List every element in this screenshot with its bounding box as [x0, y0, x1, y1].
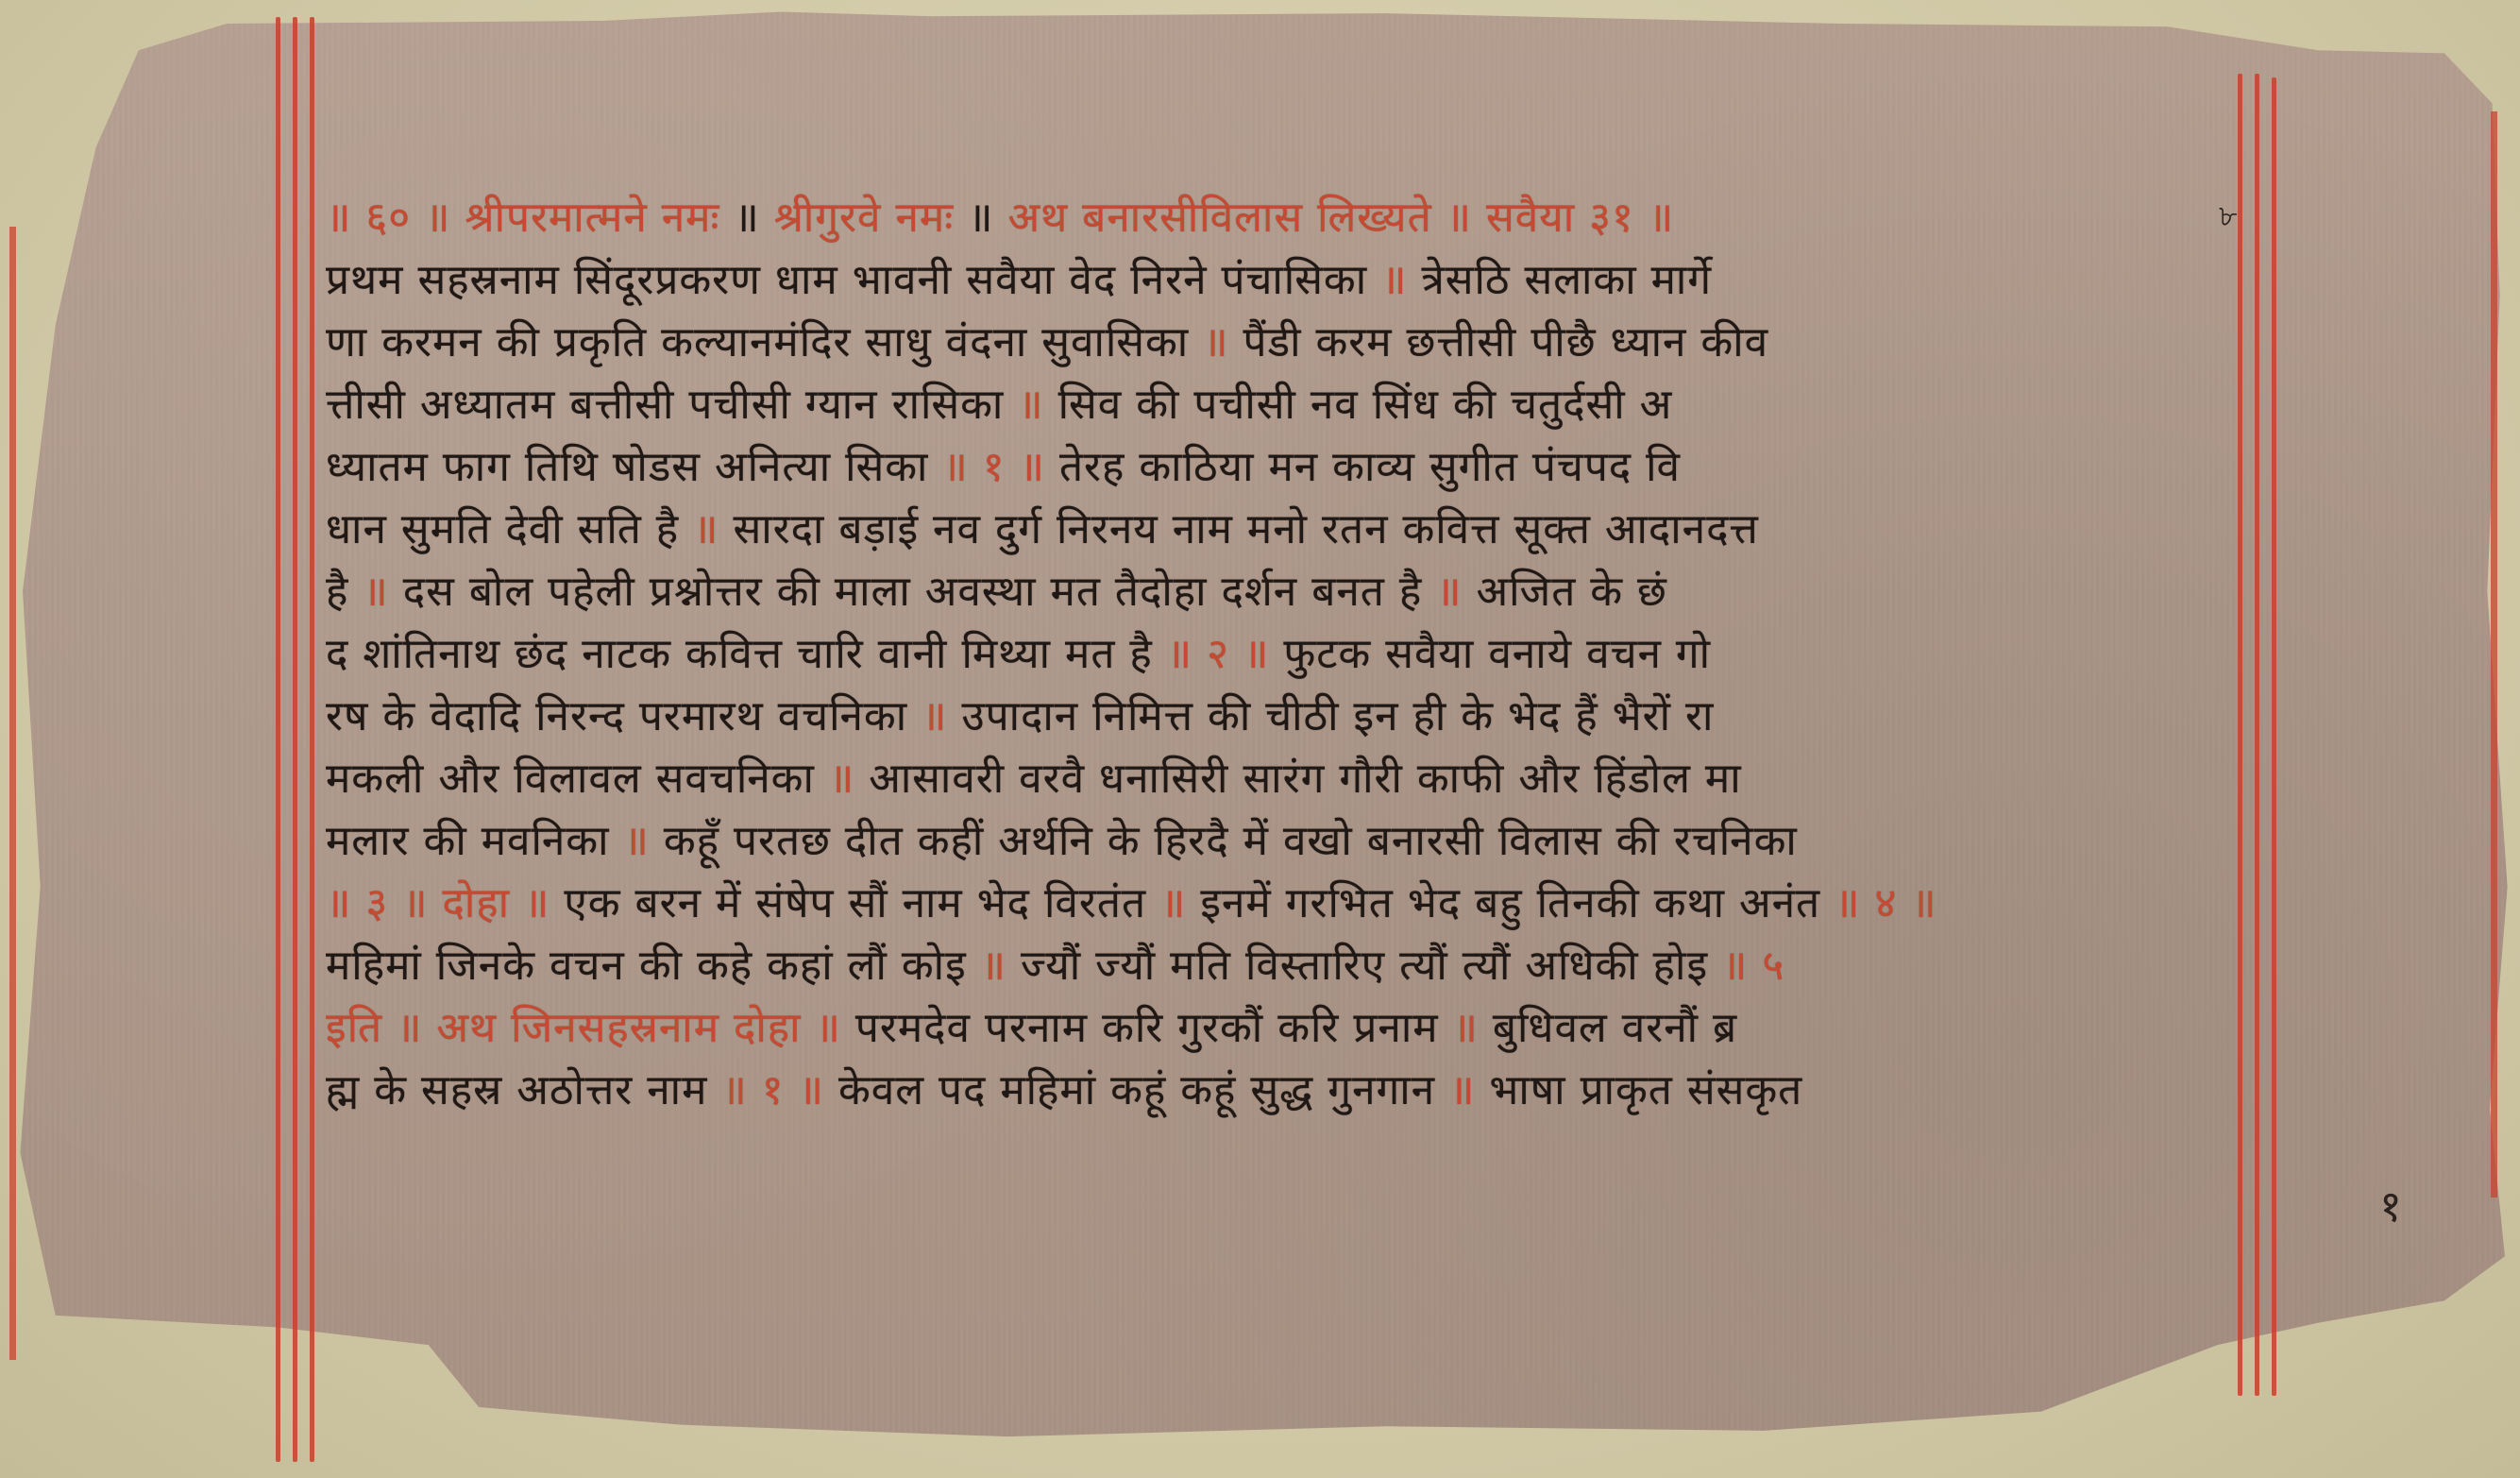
rubric-text: ॥ ३ ॥ दोहा ॥ [326, 879, 564, 927]
rubric-text: ॥ [1435, 1066, 1489, 1114]
left-rule-3 [310, 17, 314, 1462]
body-text: है [326, 568, 348, 616]
body-text: केवल पद महिमां कहूं कहूं सुद्ध गुनगान [838, 1066, 1435, 1114]
manuscript-line: मलार की मवनिका ॥ कहूँ परतछ दीत कहीं अर्थ… [326, 810, 2261, 873]
rubric-text: ॥ [907, 692, 961, 740]
manuscript-line: है ॥ दस बोल पहेली प्रश्नोत्तर की माला अव… [326, 561, 2261, 623]
body-text: ॥ [719, 194, 773, 242]
body-text: अजित के छं [1477, 568, 1667, 616]
body-text: बुधिवल वरनौं ब्र [1493, 1004, 1737, 1052]
margin-page-number: १ [2379, 1176, 2402, 1234]
manuscript-line: ॥ ३ ॥ दोहा ॥ एक बरन में संषेप सौं नाम भे… [326, 873, 2261, 935]
rubric-text: ॥ [609, 817, 663, 865]
rubric-text: ॥ [1367, 256, 1421, 304]
rubric-text: अथ बनारसीविलास लिख्यते ॥ सवैया ३१ ॥ [1007, 194, 1674, 242]
body-text: कहूँ परतछ दीत कहीं अर्थनि के हिरदै में व… [664, 817, 1798, 865]
body-text: एक बरन में संषेप सौं नाम भेद विरतंत [564, 879, 1146, 927]
body-text: दस बोल पहेली प्रश्नोत्तर की माला अवस्था … [403, 568, 1422, 616]
body-text: ध्यातम फाग तिथि षोडस अनित्या सिका [326, 443, 928, 491]
body-text: भाषा प्राकृत संसकृत [1489, 1066, 1802, 1114]
body-text: धान सुमति देवी सति है [326, 505, 679, 553]
body-text: पैंडी करम छत्तीसी पीछै ध्यान कीव [1243, 318, 1769, 366]
body-text: मलार की मवनिका [326, 817, 609, 865]
body-text: आसावरी वरवै धनासिरी सारंग गौरी काफी और ह… [869, 755, 1741, 803]
manuscript-text: ॥ ६० ॥ श्रीपरमात्मने नमः ॥ श्रीगुरवे नमः… [326, 187, 2261, 1122]
right-edge-line [2491, 111, 2497, 1198]
rubric-text: ॥ १ ॥ [928, 443, 1059, 491]
rubric-text: ॥ [1189, 318, 1243, 366]
body-text: इनमें गरभित भेद बहु तिनकी कथा अनंत [1200, 879, 1820, 927]
manuscript-line: धान सुमति देवी सति है ॥ सारदा बड़ाई नव द… [326, 499, 2261, 561]
left-rule-1 [276, 17, 280, 1462]
body-text: परमदेव परनाम करि गुरकौं करि प्रनाम [855, 1004, 1439, 1052]
rubric-text: ॥ २ ॥ [1153, 630, 1284, 678]
rubric-text: ॥ १ ॥ [707, 1066, 838, 1114]
rubric-text: ॥ [1439, 1004, 1493, 1052]
body-text: महिमां जिनके वचन की कहे कहां लौं कोइ [326, 942, 967, 990]
manuscript-line: इति ॥ अथ जिनसहस्रनाम दोहा ॥ परमदेव परनाम… [326, 997, 2261, 1060]
rubric-text: ॥ [1004, 381, 1057, 429]
body-text: फुटक सवैया वनाये वचन गो [1283, 630, 1711, 678]
manuscript-line: ह्म के सहस्र अठोत्तर नाम ॥ १ ॥ केवल पद म… [326, 1060, 2261, 1122]
body-text: तेरह काठिया मन काव्य सुगीत पंचपद वि [1059, 443, 1681, 491]
body-text: ह्म के सहस्र अठोत्तर नाम [326, 1066, 707, 1114]
body-text: सिव की पचीसी नव सिंध की चतुर्दसी अ [1058, 381, 1673, 429]
manuscript-line: त्तीसी अध्यातम बत्तीसी पचीसी ग्यान रासिक… [326, 374, 2261, 436]
body-text: त्रेसठि सलाका मार्गे [1421, 256, 1712, 304]
body-text: मकली और विलावल सवचनिका [326, 755, 815, 803]
body-text: प्रथम सहस्रनाम सिंदूरप्रकरण धाम भावनी सव… [326, 256, 1367, 304]
rubric-text: इति ॥ अथ जिनसहस्रनाम दोहा ॥ [326, 1004, 855, 1052]
rubric-text: ॥ [1422, 568, 1476, 616]
manuscript-line: ध्यातम फाग तिथि षोडस अनित्या सिका ॥ १ ॥ … [326, 436, 2261, 499]
manuscript-line: णा करमन की प्रकृति कल्यानमंदिर साधु वंदन… [326, 312, 2261, 374]
manuscript-line: ॥ ६० ॥ श्रीपरमात्मने नमः ॥ श्रीगुरवे नमः… [326, 187, 2261, 249]
manuscript-line: प्रथम सहस्रनाम सिंदूरप्रकरण धाम भावनी सव… [326, 249, 2261, 312]
left-rule-2 [293, 17, 297, 1462]
body-text: रष के वेदादि निरन्द परमारथ वचनिका [326, 692, 907, 740]
manuscript-line: द शांतिनाथ छंद नाटक कवित्त चारि वानी मिथ… [326, 623, 2261, 686]
left-edge-line [9, 227, 16, 1360]
right-rule-3 [2272, 77, 2276, 1396]
body-text: ज्यौं ज्यौं मति विस्तारिए त्यौं त्यौं अध… [1021, 942, 1708, 990]
rubric-text: ॥ [1146, 879, 1200, 927]
manuscript-line: महिमां जिनके वचन की कहे कहां लौं कोइ ॥ ज… [326, 935, 2261, 997]
manuscript-line: मकली और विलावल सवचनिका ॥ आसावरी वरवै धना… [326, 748, 2261, 810]
rubric-text: ॥ [679, 505, 733, 553]
body-text: सारदा बड़ाई नव दुर्ग निरनय नाम मनो रतन क… [734, 505, 1759, 553]
rubric-text: ॥ [348, 568, 402, 616]
rubric-text: ॥ ६० ॥ श्रीपरमात्मने नमः [326, 194, 719, 242]
rubric-text: ॥ ५ [1708, 942, 1784, 990]
rubric-text: ॥ [815, 755, 869, 803]
body-text: णा करमन की प्रकृति कल्यानमंदिर साधु वंदन… [326, 318, 1189, 366]
rubric-text: ॥ [967, 942, 1021, 990]
body-text: ॥ [954, 194, 1007, 242]
body-text: त्तीसी अध्यातम बत्तीसी पचीसी ग्यान रासिक… [326, 381, 1004, 429]
manuscript-line: रष के वेदादि निरन्द परमारथ वचनिका ॥ उपाद… [326, 686, 2261, 748]
body-text: उपादान निमित्त की चीठी इन ही के भेद हैं … [961, 692, 1714, 740]
rubric-text: श्रीगुरवे नमः [774, 194, 954, 242]
rubric-text: ॥ ४ ॥ [1820, 879, 1937, 927]
body-text: द शांतिनाथ छंद नाटक कवित्त चारि वानी मिथ… [326, 630, 1153, 678]
